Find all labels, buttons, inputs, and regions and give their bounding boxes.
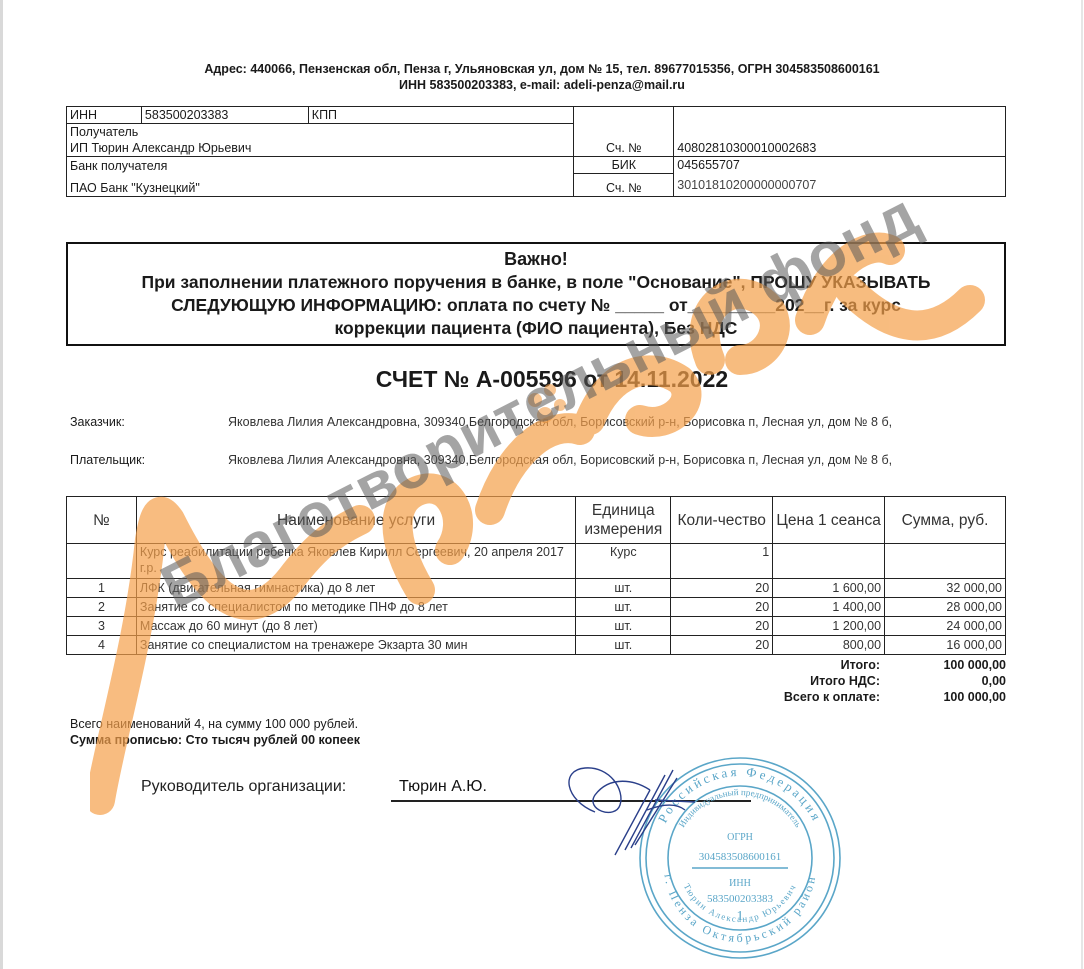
page-edge-left: [0, 0, 3, 969]
page-edge-right: [1081, 0, 1083, 969]
account-label: Сч. №: [574, 107, 674, 157]
col-quantity-label: Коли-чество: [678, 512, 766, 529]
total-value: 100 000,00: [880, 657, 1006, 673]
supplier-address: Адрес: 440066, Пензенская обл, Пенза г, …: [0, 61, 1084, 77]
bank-name: ПАО Банк "Кузнецкий": [67, 174, 574, 197]
col-unit-label: Единица измерения: [584, 502, 662, 538]
row-quantity: 20: [671, 598, 773, 617]
notice-line-1: При заполнении платежного поручения в ба…: [68, 271, 1004, 294]
course-row: Курс реабилитации ребенка Яковлев Кирилл…: [67, 544, 1006, 579]
signature-scribble-icon: [555, 750, 735, 860]
row-number: 4: [67, 636, 137, 655]
row-sum: 16 000,00: [885, 636, 1006, 655]
recipient-label: Получатель: [67, 124, 574, 141]
row-quantity: 20: [671, 636, 773, 655]
due-row: Всего к оплате: 100 000,00: [700, 689, 1006, 705]
col-price-label: Цена 1 сеанса: [776, 512, 880, 529]
row-service-name: ЛФК (двигательная гимнастика) до 8 лет: [136, 579, 575, 598]
customer-block: Заказчик: Яковлева Лилия Александровна, …: [70, 415, 1000, 447]
row-price: 800,00: [773, 636, 885, 655]
items-count-line: Всего наименований 4, на сумму 100 000 р…: [70, 716, 360, 732]
course-unit: Курс: [576, 544, 671, 579]
invoice-title: СЧЕТ № А-005596 от 14.11.2022: [0, 366, 1084, 393]
course-price: [773, 544, 885, 579]
course-no: [67, 544, 137, 579]
amount-in-words: Сумма прописью: Сто тысяч рублей 00 копе…: [70, 732, 360, 748]
due-value: 100 000,00: [880, 689, 1006, 705]
notice-line-2: СЛЕДУЮЩУЮ ИНФОРМАЦИЮ: оплата по счету № …: [68, 294, 1004, 317]
course-qty: 1: [671, 544, 773, 579]
notice-title: Важно!: [68, 248, 1004, 271]
corr-account-label: Сч. №: [574, 174, 674, 197]
bik-value: 045655707: [677, 157, 1002, 173]
row-unit: шт.: [576, 598, 671, 617]
inn-label: ИНН: [67, 107, 142, 124]
table-row: 3Массаж до 60 минут (до 8 лет)шт.201 200…: [67, 617, 1006, 636]
row-number: 1: [67, 579, 137, 598]
table-row: 1ЛФК (двигательная гимнастика) до 8 летш…: [67, 579, 1006, 598]
row-price: 1 600,00: [773, 579, 885, 598]
row-service-name: Занятие со специалистом на тренажере Экз…: [136, 636, 575, 655]
notice-line-3: коррекции пациента (ФИО пациента), Без Н…: [68, 317, 1004, 340]
col-sum: Сумма, руб.: [885, 497, 1006, 544]
vat-row: Итого НДС: 0,00: [700, 673, 1006, 689]
row-unit: шт.: [576, 617, 671, 636]
row-unit: шт.: [576, 579, 671, 598]
row-price: 1 400,00: [773, 598, 885, 617]
customer-value: Яковлева Лилия Александровна, 309340,Бел…: [228, 415, 993, 430]
row-number: 3: [67, 617, 137, 636]
bik-label: БИК: [574, 157, 674, 174]
svg-text:ИНН: ИНН: [729, 878, 751, 889]
table-row: 4Занятие со специалистом на тренажере Эк…: [67, 636, 1006, 655]
col-price: Цена 1 сеанса: [773, 497, 885, 544]
bank-details-table: ИНН 583500203383 КПП Сч. № 4080281030001…: [66, 106, 1006, 197]
table-header-row: № Наименование услуги Единица измерения …: [67, 497, 1006, 544]
due-label: Всего к оплате:: [700, 689, 880, 705]
total-row: Итого: 100 000,00: [700, 657, 1006, 673]
kpp-label: КПП: [308, 107, 574, 124]
row-quantity: 20: [671, 617, 773, 636]
summary-block: Всего наименований 4, на сумму 100 000 р…: [70, 716, 360, 748]
recipient-name: ИП Тюрин Александр Юрьевич: [67, 140, 574, 157]
row-sum: 32 000,00: [885, 579, 1006, 598]
row-service-name: Массаж до 60 минут (до 8 лет): [136, 617, 575, 636]
totals-block: Итого: 100 000,00 Итого НДС: 0,00 Всего …: [700, 657, 1006, 705]
col-service-name: Наименование услуги: [136, 497, 575, 544]
row-service-name: Занятие со специалистом по методике ПНФ …: [136, 598, 575, 617]
recipient-account: 40802810300010002683: [674, 107, 1006, 157]
col-number: №: [67, 497, 137, 544]
row-price: 1 200,00: [773, 617, 885, 636]
payer-label: Плательщик:: [70, 453, 220, 468]
signature-label: Руководитель организации:: [141, 778, 381, 796]
customer-label: Заказчик:: [70, 415, 220, 430]
row-unit: шт.: [576, 636, 671, 655]
payer-block: Плательщик: Яковлева Лилия Александровна…: [70, 453, 1000, 485]
payer-value: Яковлева Лилия Александровна, 309340,Бел…: [228, 453, 993, 468]
row-sum: 28 000,00: [885, 598, 1006, 617]
row-sum: 24 000,00: [885, 617, 1006, 636]
row-quantity: 20: [671, 579, 773, 598]
total-label: Итого:: [700, 657, 880, 673]
course-sum: [885, 544, 1006, 579]
vat-label: Итого НДС:: [700, 673, 880, 689]
svg-text:583500203383: 583500203383: [707, 893, 774, 905]
col-unit: Единица измерения: [576, 497, 671, 544]
course-name: Курс реабилитации ребенка Яковлев Кирилл…: [136, 544, 575, 579]
corr-account: 30101810200000000707: [677, 177, 1002, 193]
bank-codes: 045655707 30101810200000000707: [674, 157, 1006, 197]
vat-value: 0,00: [880, 673, 1006, 689]
row-number: 2: [67, 598, 137, 617]
svg-text:1: 1: [737, 909, 744, 924]
bank-label: Банк получателя: [67, 157, 574, 174]
table-row: 2Занятие со специалистом по методике ПНФ…: [67, 598, 1006, 617]
services-table: № Наименование услуги Единица измерения …: [66, 496, 1006, 655]
col-quantity: Коли-чество: [671, 497, 773, 544]
important-notice: Важно! При заполнении платежного поручен…: [66, 242, 1006, 346]
inn-value: 583500203383: [141, 107, 308, 124]
supplier-contacts: ИНН 583500203383, e-mail: adeli-penza@ma…: [0, 77, 1084, 93]
